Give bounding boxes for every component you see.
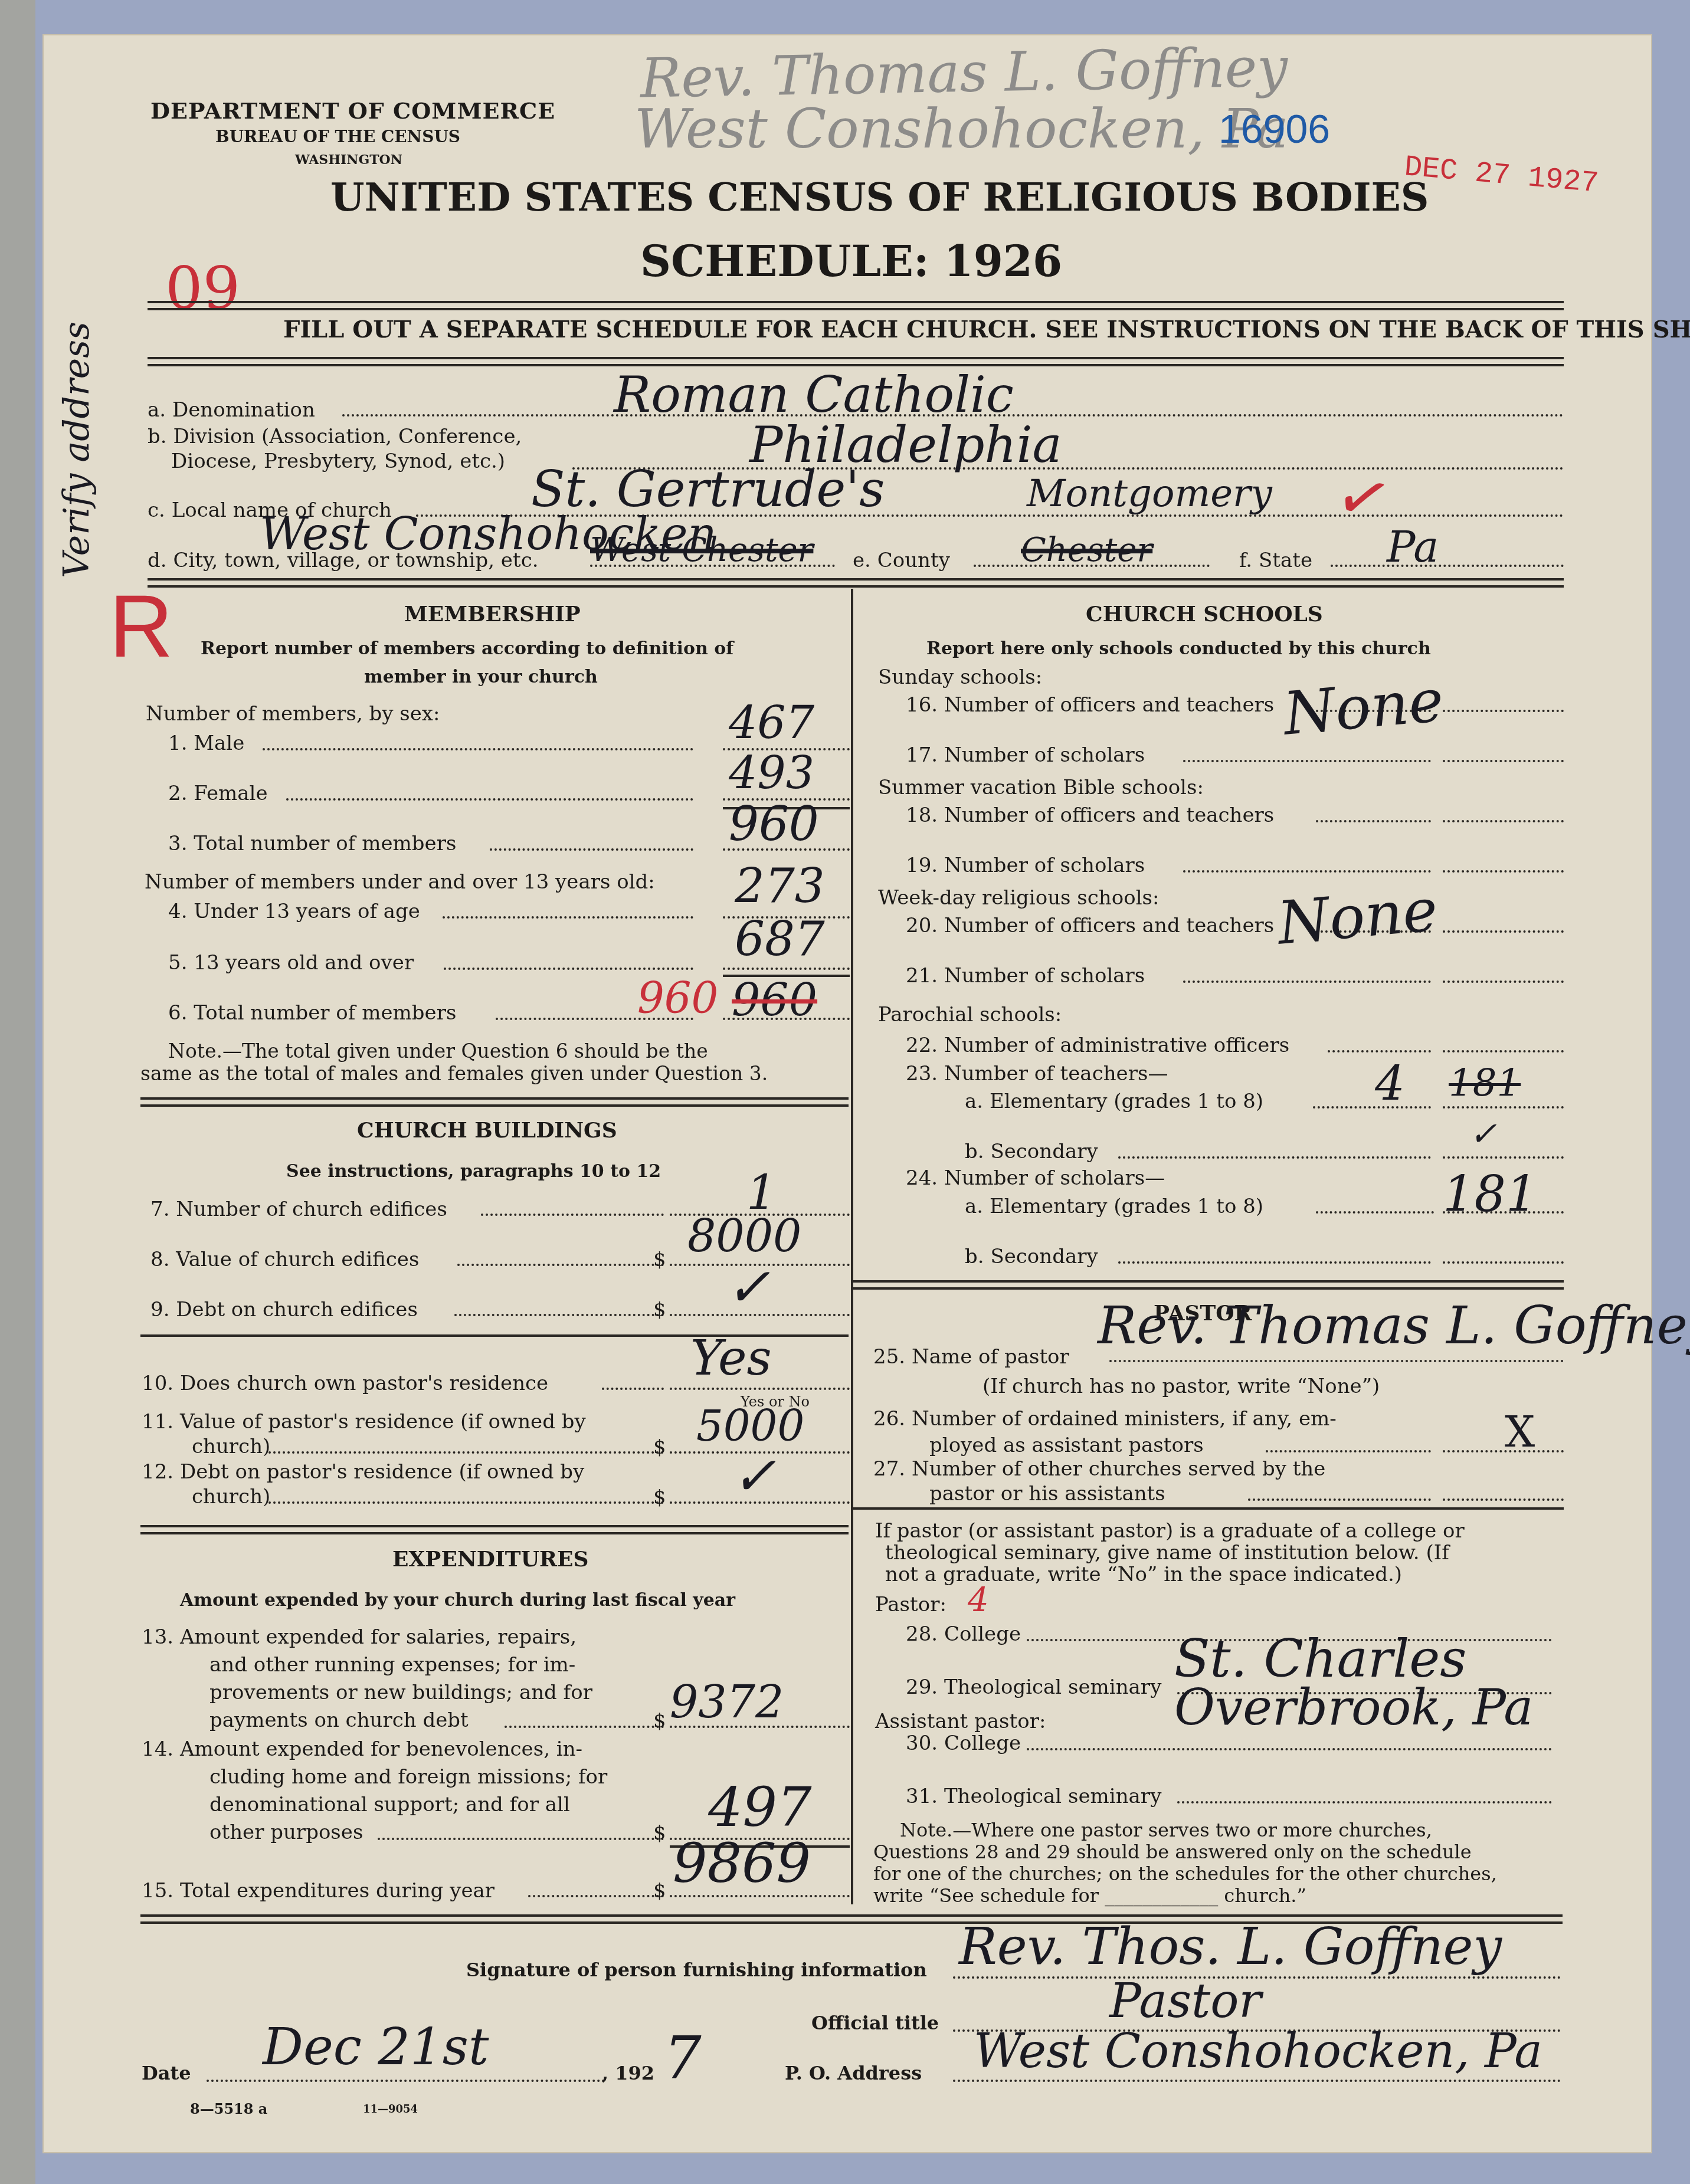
q23a-label: a. Elementary (grades 1 to 8) — [965, 1090, 1263, 1113]
city-heading: WASHINGTON — [295, 152, 402, 168]
item13-leader — [505, 1726, 664, 1728]
item14-leader — [378, 1838, 664, 1840]
church-schools-heading: CHURCH SCHOOLS — [1086, 602, 1323, 627]
county-correction: Montgomery — [1027, 472, 1272, 516]
membership-subtitle-1: Report number of members according to de… — [201, 638, 733, 659]
assistant-count-field[interactable]: X — [1505, 1407, 1535, 1457]
edifices-value-leader — [457, 1264, 664, 1266]
item15-label: 15. Total expenditures during year — [142, 1879, 494, 1903]
po-address-label: P. O. Address — [785, 2062, 922, 2084]
total-by-age-field[interactable]: 960 — [732, 973, 817, 1026]
q30-label: 30. College — [906, 1732, 1021, 1755]
q18-line-a — [1316, 820, 1431, 822]
item13-line-2: and other running expenses; for im- — [209, 1653, 575, 1677]
city-struck-value: West Chester — [590, 531, 813, 569]
department-heading: DEPARTMENT OF COMMERCE — [150, 97, 555, 124]
q22-line-a — [1328, 1050, 1431, 1052]
item15-leader — [528, 1895, 664, 1897]
owns-residence-line — [670, 1388, 850, 1390]
schools-double-rule — [853, 1280, 1564, 1290]
under-13-field[interactable]: 273 — [735, 858, 825, 913]
residence-debt-label-2: church) — [192, 1485, 270, 1509]
total-by-age-red-correction: 960 — [637, 973, 718, 1023]
pencil-note-city: West Conshohocken, Pa — [634, 97, 1289, 160]
owns-residence-label: 10. Does church own pastor's residence — [142, 1372, 548, 1395]
q23a-field[interactable]: 4 — [1375, 1056, 1405, 1111]
q27-line-b — [1443, 1498, 1564, 1501]
owns-residence-leader — [602, 1388, 664, 1390]
q26-line-a — [1266, 1450, 1431, 1452]
q26-line-b — [1443, 1450, 1564, 1452]
red-code-mark: 09 — [165, 254, 240, 323]
residence-debt-dollar: $ — [653, 1485, 666, 1509]
membership-subtitle-2: member in your church — [364, 667, 598, 687]
q18-label: 18. Number of officers and teachers — [906, 804, 1274, 827]
under-13-label: 4. Under 13 years of age — [168, 900, 420, 923]
item14-line-1: 14. Amount expended for benevolences, in… — [142, 1737, 582, 1761]
benevolences-field[interactable]: 497 — [708, 1776, 812, 1839]
background-edge — [0, 0, 35, 2184]
owns-residence-field[interactable]: Yes — [690, 1330, 772, 1386]
signature-field[interactable]: Rev. Thos. L. Goffney — [959, 1917, 1502, 1976]
residence-value-leader — [268, 1451, 664, 1454]
sunday-schools-label: Sunday schools: — [878, 665, 1042, 689]
pastor-subheading: Pastor: — [875, 1593, 946, 1616]
male-leader — [263, 748, 693, 750]
q24b-line-a — [1118, 1261, 1431, 1264]
q27-line-a — [1248, 1498, 1431, 1501]
margin-red-letter: R — [109, 575, 173, 677]
seminary-field-2[interactable]: Overbrook, Pa — [1174, 1678, 1533, 1736]
county-struck-value[interactable]: Chester — [1021, 531, 1152, 569]
identity-double-rule — [148, 578, 1564, 588]
q19-line-b — [1443, 870, 1564, 873]
membership-double-rule — [140, 1097, 849, 1107]
edifices-debt-label: 9. Debt on church edifices — [150, 1298, 418, 1321]
q18-line-b — [1443, 820, 1564, 822]
membership-note-2: same as the total of males and females g… — [140, 1062, 768, 1085]
q19-line-a — [1183, 870, 1431, 873]
q21-label: 21. Number of scholars — [906, 964, 1145, 988]
female-leader — [286, 798, 693, 801]
division-label-2: Diocese, Presbytery, Synod, etc.) — [171, 450, 505, 473]
q23b-label: b. Secondary — [965, 1140, 1098, 1163]
q24b-line-b — [1443, 1261, 1564, 1264]
assistant-pastor-subheading: Assistant pastor: — [875, 1710, 1046, 1733]
residence-debt-label-1: 12. Debt on pastor's residence (if owned… — [142, 1460, 584, 1484]
item13-line-3: provements or new buildings; and for — [209, 1681, 592, 1704]
q25-label: 25. Name of pastor — [873, 1345, 1069, 1369]
po-address-line — [953, 2080, 1561, 2082]
instructions-banner: FILL OUT A SEPARATE SCHEDULE FOR EACH CH… — [283, 316, 1690, 343]
q24a-line-a — [1316, 1211, 1434, 1214]
q20-label: 20. Number of officers and teachers — [906, 914, 1274, 937]
item15-line — [670, 1895, 850, 1897]
edifices-debt-field[interactable]: ✓ — [726, 1257, 770, 1319]
total-expenditures-field[interactable]: 9869 — [673, 1832, 811, 1895]
graduate-instructions-3: not a graduate, write “No” in the space … — [885, 1563, 1402, 1586]
q27-label-2: pastor or his assistants — [929, 1482, 1165, 1506]
membership-note-1: Note.—The total given under Question 6 s… — [168, 1039, 708, 1063]
q23a-line-a — [1313, 1106, 1431, 1109]
over-13-label: 5. 13 years old and over — [168, 951, 414, 975]
item14-line-4: other purposes — [209, 1821, 363, 1844]
under-13-leader — [443, 916, 693, 919]
church-schools-subtitle: Report here only schools conducted by th… — [926, 638, 1431, 659]
date-line — [207, 2080, 605, 2082]
q16-line-b — [1443, 710, 1564, 712]
pastor-name-field[interactable]: Rev. Thomas L. Goffney — [1098, 1295, 1690, 1356]
item13-line-1: 13. Amount expended for salaries, repair… — [142, 1625, 577, 1649]
q30-line — [1027, 1748, 1552, 1750]
item13-dollar: $ — [653, 1709, 666, 1733]
header-double-rule — [148, 301, 1564, 310]
q28-label: 28. College — [906, 1622, 1021, 1646]
division-label-1: b. Division (Association, Conference, — [148, 425, 522, 448]
pastor-divider — [853, 1507, 1564, 1510]
graduate-instructions-1: If pastor (or assistant pastor) is a gra… — [875, 1519, 1465, 1543]
q17-label: 17. Number of scholars — [906, 743, 1145, 767]
residence-value-field[interactable]: 5000 — [696, 1401, 804, 1451]
pastor-note-2: Questions 28 and 29 should be answered o… — [873, 1841, 1472, 1863]
bureau-heading: BUREAU OF THE CENSUS — [215, 127, 460, 146]
residence-value-dollar: $ — [653, 1435, 666, 1459]
date-field[interactable]: Dec 21st — [263, 2018, 489, 2077]
q16-label: 16. Number of officers and teachers — [906, 693, 1274, 717]
weekday-schools-none-field[interactable]: None — [1275, 875, 1440, 957]
church-buildings-subtitle: See instructions, paragraphs 10 to 12 — [286, 1161, 661, 1182]
summer-schools-label: Summer vacation Bible schools: — [878, 776, 1204, 799]
date-label: Date — [142, 2062, 191, 2084]
q26-label-1: 26. Number of ordained ministers, if any… — [873, 1407, 1337, 1431]
q24-label: 24. Number of scholars— — [906, 1166, 1165, 1190]
state-field[interactable]: Pa — [1387, 522, 1439, 572]
signature-label: Signature of person furnishing informati… — [466, 1959, 927, 1981]
edifices-debt-dollar: $ — [653, 1298, 666, 1321]
margin-note-verify-address: Verify address — [56, 322, 97, 578]
instructions-double-rule — [148, 357, 1564, 366]
q23b-line-a — [1118, 1156, 1431, 1159]
female-count-field[interactable]: 493 — [729, 746, 814, 799]
edifices-value-field[interactable]: 8000 — [687, 1209, 801, 1262]
expenditures-heading: EXPENDITURES — [392, 1547, 588, 1572]
q23b-field[interactable]: ✓ — [1469, 1115, 1497, 1153]
church-buildings-heading: CHURCH BUILDINGS — [357, 1118, 617, 1143]
expenditures-subtitle: Amount expended by your church during la… — [180, 1590, 735, 1611]
total-members-field[interactable]: 960 — [729, 796, 819, 851]
edifices-count-label: 7. Number of church edifices — [150, 1198, 447, 1221]
official-title-label: Official title — [811, 2012, 939, 2034]
membership-heading: MEMBERSHIP — [404, 602, 581, 627]
edifices-value-dollar: $ — [653, 1248, 666, 1271]
q19-label: 19. Number of scholars — [906, 854, 1145, 877]
edifices-debt-leader — [454, 1314, 664, 1316]
parochial-schools-label: Parochial schools: — [878, 1003, 1062, 1027]
over-13-line — [723, 968, 850, 970]
residence-value-label-2: church) — [192, 1435, 270, 1458]
q25-line — [1109, 1360, 1564, 1362]
q17-line-a — [1183, 760, 1431, 762]
form-code: 8—5518 a — [190, 2100, 267, 2117]
q23b-line-b — [1443, 1156, 1564, 1159]
male-count-field[interactable]: 467 — [729, 696, 814, 749]
denomination-label: a. Denomination — [148, 398, 315, 422]
item15-dollar: $ — [653, 1879, 666, 1903]
residence-debt-leader — [268, 1501, 664, 1504]
edifices-count-leader — [481, 1214, 664, 1216]
female-label: 2. Female — [168, 782, 268, 805]
pastor-note-3: for one of the churches; on the schedule… — [873, 1862, 1497, 1885]
q23a-struck-value: 181 — [1449, 1062, 1521, 1106]
graduate-instructions-2: theological seminary, give name of insti… — [885, 1541, 1449, 1565]
q24a-label: a. Elementary (grades 1 to 8) — [965, 1195, 1263, 1218]
q29-label: 29. Theological seminary — [906, 1675, 1161, 1699]
over-13-field[interactable]: 687 — [735, 911, 825, 966]
pastor-red-mark: 4 — [968, 1581, 989, 1619]
edifices-value-label: 8. Value of church edifices — [150, 1248, 419, 1271]
q20-line-b — [1443, 930, 1564, 933]
total-by-age-label: 6. Total number of members — [168, 1001, 456, 1025]
q26-label-2: ployed as assistant pastors — [929, 1434, 1204, 1457]
sunday-schools-none-field[interactable]: None — [1280, 665, 1446, 748]
q31-line — [1177, 1801, 1552, 1803]
column-divider — [851, 589, 853, 1904]
weekday-schools-label: Week-day religious schools: — [878, 886, 1159, 910]
q21-line-a — [1183, 980, 1431, 983]
q23a-line-b — [1443, 1106, 1564, 1109]
state-line — [1331, 565, 1564, 567]
form-title: UNITED STATES CENSUS OF RELIGIOUS BODIES — [330, 174, 1429, 220]
q23-label: 23. Number of teachers— — [906, 1062, 1168, 1086]
year-prefix: , 192 — [602, 2062, 654, 2084]
item14-line-2: cluding home and foreign missions; for — [209, 1765, 607, 1789]
q24b-label: b. Secondary — [965, 1245, 1098, 1268]
official-title-field[interactable]: Pastor — [1109, 1973, 1262, 2028]
item14-dollar: $ — [653, 1821, 666, 1845]
q27-label-1: 27. Number of other churches served by t… — [873, 1457, 1325, 1481]
q31-label: 31. Theological seminary — [906, 1785, 1161, 1808]
serial-number-stamp: 16906 — [1219, 106, 1330, 152]
pastor-note-1: Note.—Where one pastor serves two or mor… — [900, 1819, 1432, 1841]
over-13-leader — [444, 968, 693, 970]
denomination-field[interactable]: Roman Catholic — [614, 366, 1014, 424]
year-field[interactable]: 7 — [664, 2024, 702, 2093]
schedule-year: SCHEDULE: 1926 — [640, 236, 1062, 286]
residence-debt-field[interactable]: ✓ — [732, 1445, 776, 1507]
by-sex-label: Number of members, by sex: — [146, 702, 440, 726]
running-expenses-field[interactable]: 9372 — [670, 1675, 784, 1728]
q17-line-b — [1443, 760, 1564, 762]
total-members-label: 3. Total number of members — [168, 832, 456, 855]
q24a-field[interactable]: 181 — [1443, 1165, 1537, 1223]
residence-value-label-1: 11. Value of pastor's residence (if owne… — [142, 1410, 586, 1434]
by-age-label: Number of members under and over 13 year… — [145, 870, 655, 894]
state-label: f. State — [1239, 549, 1312, 572]
q22-label: 22. Number of administrative officers — [906, 1034, 1289, 1057]
buildings-double-rule — [140, 1525, 849, 1534]
item13-line-4: payments on church debt — [209, 1708, 469, 1732]
male-label: 1. Male — [168, 732, 244, 755]
q21-line-b — [1443, 980, 1564, 983]
q25-hint: (If church has no pastor, write “None”) — [982, 1375, 1380, 1398]
po-address-field[interactable]: West Conshohocken, Pa — [974, 2024, 1542, 2078]
item14-line-3: denominational support; and for all — [209, 1793, 570, 1816]
print-code: 11—9054 — [363, 2103, 418, 2116]
q22-line-b — [1443, 1050, 1564, 1052]
county-label: e. County — [853, 549, 950, 572]
pastor-note-4: write “See schedule for ____________ chu… — [873, 1884, 1306, 1907]
total-members-leader — [490, 848, 693, 851]
